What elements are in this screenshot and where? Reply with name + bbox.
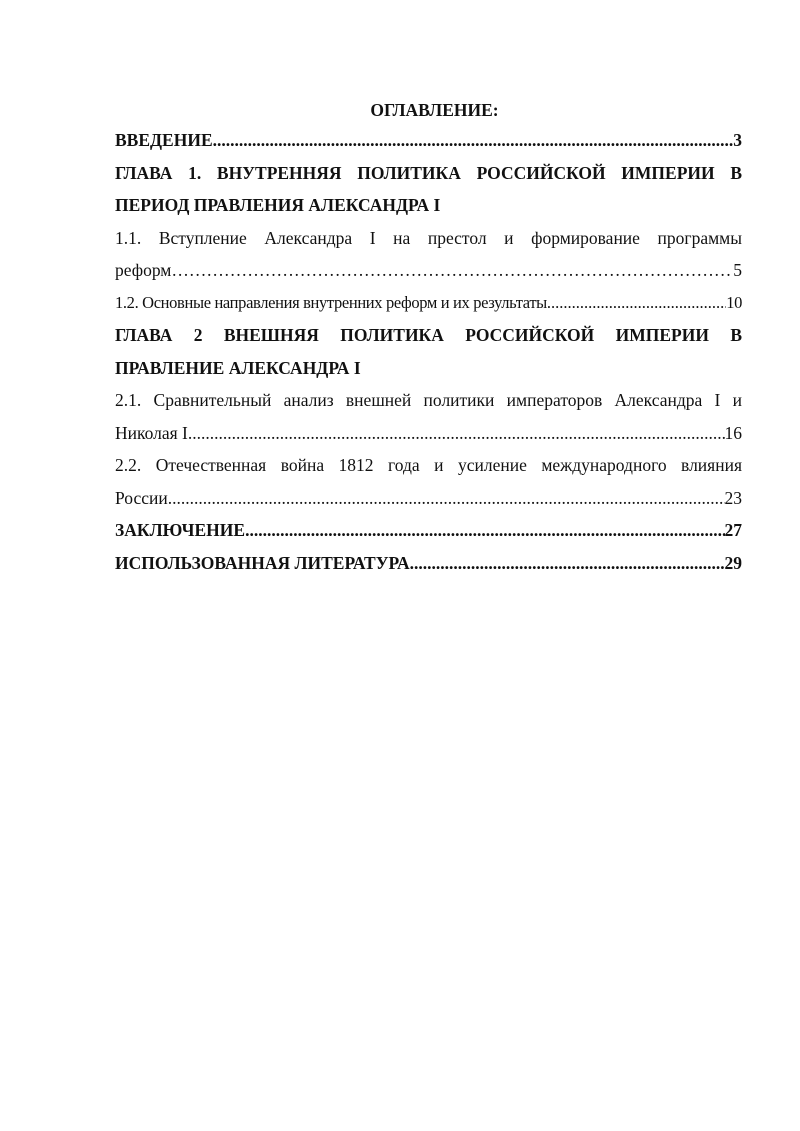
page-number: 23: [725, 482, 743, 515]
entry-text: 1.2. Основные направления внутренних реф…: [115, 287, 547, 320]
toc-section-2-2-line-1[interactable]: 2.2. Отечественная война 1812 года и уси…: [115, 449, 742, 482]
toc-title: ОГЛАВЛЕНИЕ:: [127, 96, 742, 124]
dot-leader: [171, 254, 733, 287]
toc-section-2-2-line-2[interactable]: России 23: [115, 482, 742, 515]
toc-section-2-1-line-2[interactable]: Николая I 16: [115, 417, 742, 450]
entry-text: России: [115, 482, 168, 515]
toc-entry-conclusion[interactable]: ЗАКЛЮЧЕНИЕ 27: [115, 514, 742, 547]
toc-chapter-1-line-2[interactable]: ПЕРИОД ПРАВЛЕНИЯ АЛЕКСАНДРА I: [115, 189, 742, 222]
toc-entry-introduction[interactable]: ВВЕДЕНИЕ 3: [115, 124, 742, 157]
page-number: 5: [733, 254, 742, 287]
entry-text: реформ: [115, 254, 171, 287]
toc-chapter-1-line-1[interactable]: ГЛАВА 1. ВНУТРЕННЯЯ ПОЛИТИКА РОССИЙСКОЙ …: [115, 157, 742, 190]
entry-text: Николая I: [115, 417, 188, 450]
toc-section-1-1-line-1[interactable]: 1.1. Вступление Александра I на престол …: [115, 222, 742, 255]
toc-chapter-2-line-1[interactable]: ГЛАВА 2 ВНЕШНЯЯ ПОЛИТИКА РОССИЙСКОЙ ИМПЕ…: [115, 319, 742, 352]
dot-leader: [213, 124, 734, 157]
page-number: 16: [725, 417, 743, 450]
page-number: 10: [726, 287, 742, 320]
table-of-contents: ОГЛАВЛЕНИЕ: ВВЕДЕНИЕ 3 ГЛАВА 1. ВНУТРЕНН…: [115, 96, 742, 579]
dot-leader: [168, 482, 725, 515]
dot-leader: [188, 417, 725, 450]
toc-section-2-1-line-1[interactable]: 2.1. Сравнительный анализ внешней полити…: [115, 384, 742, 417]
page-number: 29: [725, 547, 743, 580]
page-number: 3: [733, 124, 742, 157]
toc-chapter-2-line-2[interactable]: ПРАВЛЕНИЕ АЛЕКСАНДРА I: [115, 352, 742, 385]
dot-leader: [410, 547, 725, 580]
toc-entry-references[interactable]: ИСПОЛЬЗОВАННАЯ ЛИТЕРАТУРА 29: [115, 547, 742, 580]
dot-leader: [245, 514, 724, 547]
toc-section-1-1-line-2[interactable]: реформ 5: [115, 254, 742, 287]
page-number: 27: [725, 514, 743, 547]
entry-text: ИСПОЛЬЗОВАННАЯ ЛИТЕРАТУРА: [115, 547, 410, 580]
entry-text: ВВЕДЕНИЕ: [115, 124, 213, 157]
toc-section-1-2[interactable]: 1.2. Основные направления внутренних реф…: [115, 287, 742, 320]
entry-text: ЗАКЛЮЧЕНИЕ: [115, 514, 245, 547]
dot-leader: [547, 287, 726, 320]
